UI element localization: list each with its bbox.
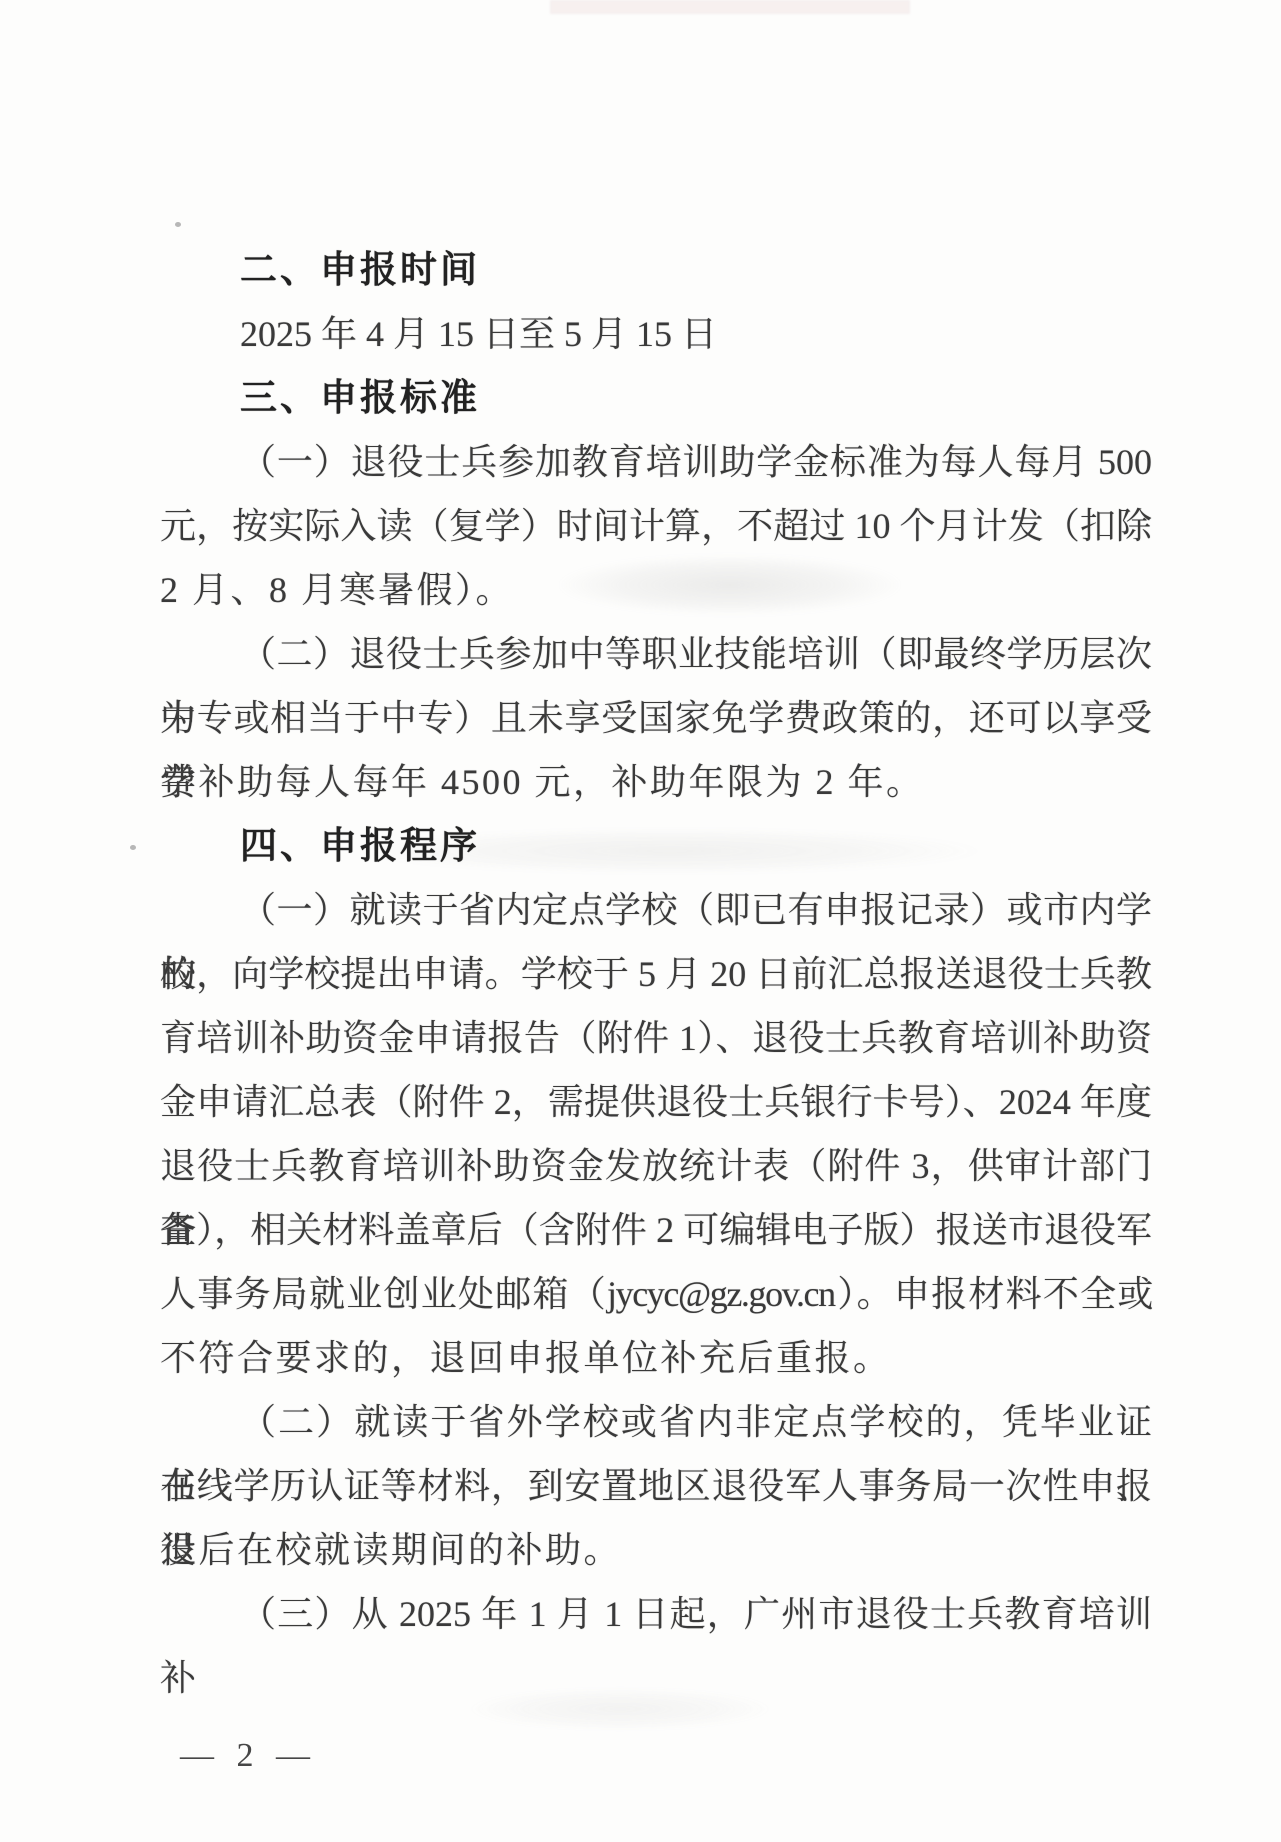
doc-line: （三）从 2025 年 1 月 1 日起，广州市退役士兵教育培训补: [160, 1582, 1152, 1646]
doc-line: （一）退役士兵参加教育培训助学金标准为每人每月 500: [160, 430, 1152, 494]
doc-line: 2 月、8 月寒暑假）。: [160, 558, 1152, 622]
doc-line: （二）就读于省外学校或省内非定点学校的，凭毕业证书、: [160, 1390, 1152, 1454]
scan-speck: [130, 845, 136, 850]
scan-smudge: [550, 0, 910, 14]
section-heading-declaration-standard: 三、申报标准: [160, 366, 1152, 430]
doc-line: 的，向学校提出申请。学校于 5 月 20 日前汇总报送退役士兵教: [160, 942, 1152, 1006]
doc-line: 役后在校就读期间的补助。: [160, 1518, 1152, 1582]
doc-line: 在线学历认证等材料，到安置地区退役军人事务局一次性申报退: [160, 1454, 1152, 1518]
doc-line: 查），相关材料盖章后（含附件 2 可编辑电子版）报送市退役军: [160, 1198, 1152, 1262]
scanned-document-page: 二、申报时间 2025 年 4 月 15 日至 5 月 15 日 三、申报标准 …: [0, 0, 1281, 1842]
doc-line-date-range: 2025 年 4 月 15 日至 5 月 15 日: [160, 302, 1152, 366]
section-heading-declaration-time: 二、申报时间: [160, 238, 1152, 302]
doc-line: 元，按实际入读（复学）时间计算，不超过 10 个月计发（扣除: [160, 494, 1152, 558]
scan-smudge: [470, 1688, 770, 1730]
doc-line: 不符合要求的，退回申报单位补充后重报。: [160, 1326, 1152, 1390]
doc-line: 金申请汇总表（附件 2，需提供退役士兵银行卡号）、2024 年度: [160, 1070, 1152, 1134]
doc-line: 费补助每人每年 4500 元，补助年限为 2 年。: [160, 750, 1152, 814]
doc-line: （一）就读于省内定点学校（即已有申报记录）或市内学校: [160, 878, 1152, 942]
scan-speck: [175, 222, 181, 227]
doc-line: 育培训补助资金申请报告（附件 1）、退役士兵教育培训补助资: [160, 1006, 1152, 1070]
doc-line-email: 人事务局就业创业处邮箱（jycyc@gz.gov.cn）。申报材料不全或: [160, 1262, 1152, 1326]
doc-line: 中专或相当于中专）且未享受国家免学费政策的，还可以享受学: [160, 686, 1152, 750]
doc-line: 退役士兵教育培训补助资金发放统计表（附件 3，供审计部门备: [160, 1134, 1152, 1198]
page-number: — 2 —: [180, 1736, 317, 1776]
doc-line: （二）退役士兵参加中等职业技能培训（即最终学历层次为: [160, 622, 1152, 686]
document-body: 二、申报时间 2025 年 4 月 15 日至 5 月 15 日 三、申报标准 …: [160, 238, 1152, 1646]
section-heading-declaration-procedure: 四、申报程序: [160, 814, 1152, 878]
